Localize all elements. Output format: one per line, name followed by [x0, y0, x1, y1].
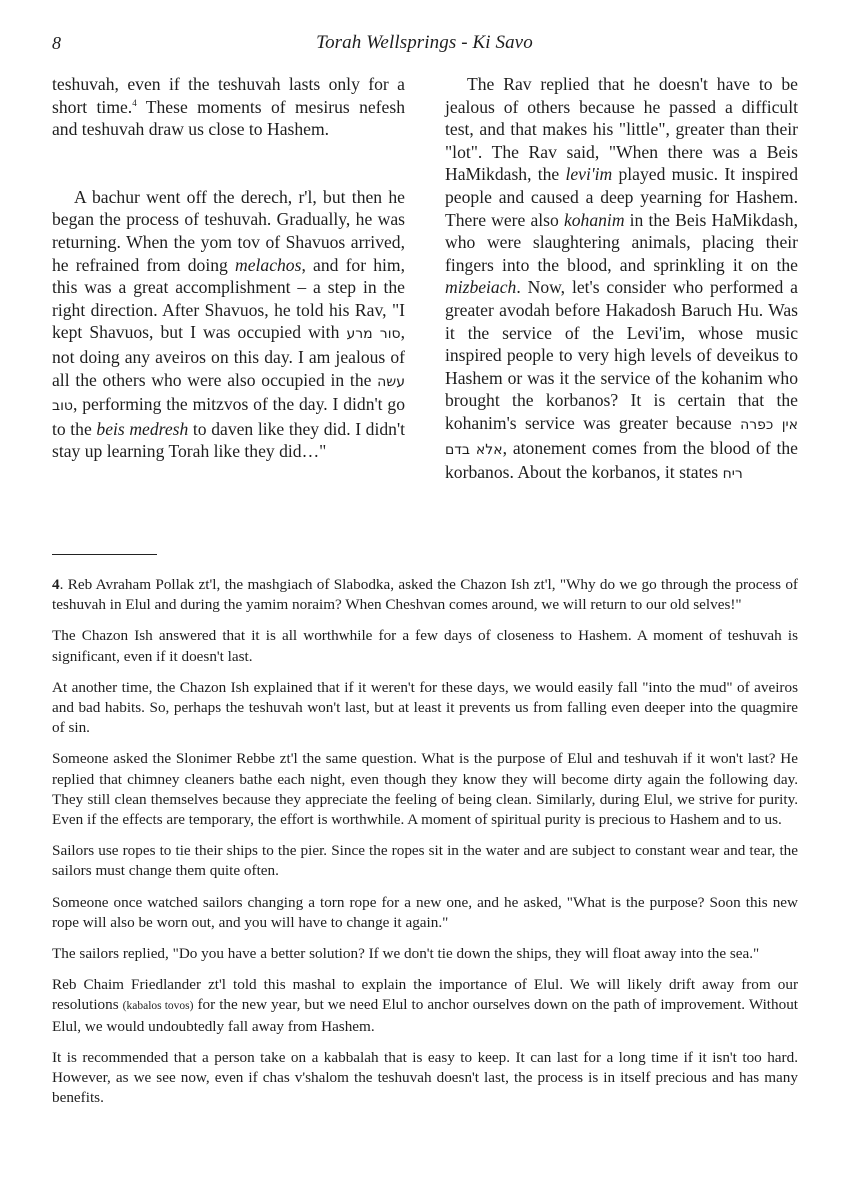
italic-term: kohanim	[564, 210, 625, 230]
left-column: teshuvah, even if the teshuvah lasts onl…	[52, 73, 405, 463]
footnote-paragraph: 4. Reb Avraham Pollak zt'l, the mashgiac…	[52, 575, 798, 615]
text: . Now, let's consider who performed a gr…	[445, 277, 798, 433]
footnote-section: 4. Reb Avraham Pollak zt'l, the mashgiac…	[52, 575, 798, 1119]
footnote-paragraph: At another time, the Chazon Ish explaine…	[52, 678, 798, 739]
small-parenthetical: (kabalos tovos)	[123, 1000, 194, 1012]
footnote-paragraph: The sailors replied, "Do you have a bett…	[52, 944, 798, 964]
running-title: Torah Wellsprings - Ki Savo	[0, 32, 849, 54]
italic-term: melachos	[235, 255, 301, 275]
footnote-paragraph: Someone once watched sailors changing a …	[52, 893, 798, 933]
footnote-paragraph: Someone asked the Slonimer Rebbe zt'l th…	[52, 749, 798, 830]
italic-term: beis medresh	[96, 419, 188, 439]
hebrew-phrase: ריח	[723, 466, 743, 482]
paragraph: The Rav replied that he doesn't have to …	[445, 73, 798, 486]
footnote-number: 4	[52, 576, 60, 593]
footnote-separator	[52, 554, 157, 555]
italic-term: mizbeiach	[445, 277, 516, 297]
footnote-paragraph: The Chazon Ish answered that it is all w…	[52, 626, 798, 666]
footnote-paragraph: Reb Chaim Friedlander zt'l told this mas…	[52, 975, 798, 1037]
footnote-paragraph: It is recommended that a person take on …	[52, 1048, 798, 1109]
italic-term: levi'im	[565, 164, 612, 184]
right-column: The Rav replied that he doesn't have to …	[445, 73, 798, 486]
paragraph: A bachur went off the derech, r'l, but t…	[52, 186, 405, 463]
text: . Reb Avraham Pollak zt'l, the mashgiach…	[52, 576, 798, 613]
paragraph: teshuvah, even if the teshuvah lasts onl…	[52, 73, 405, 141]
footnote-paragraph: Sailors use ropes to tie their ships to …	[52, 841, 798, 881]
hebrew-phrase: סור מרע	[346, 326, 400, 342]
paragraph-gap	[52, 141, 405, 186]
